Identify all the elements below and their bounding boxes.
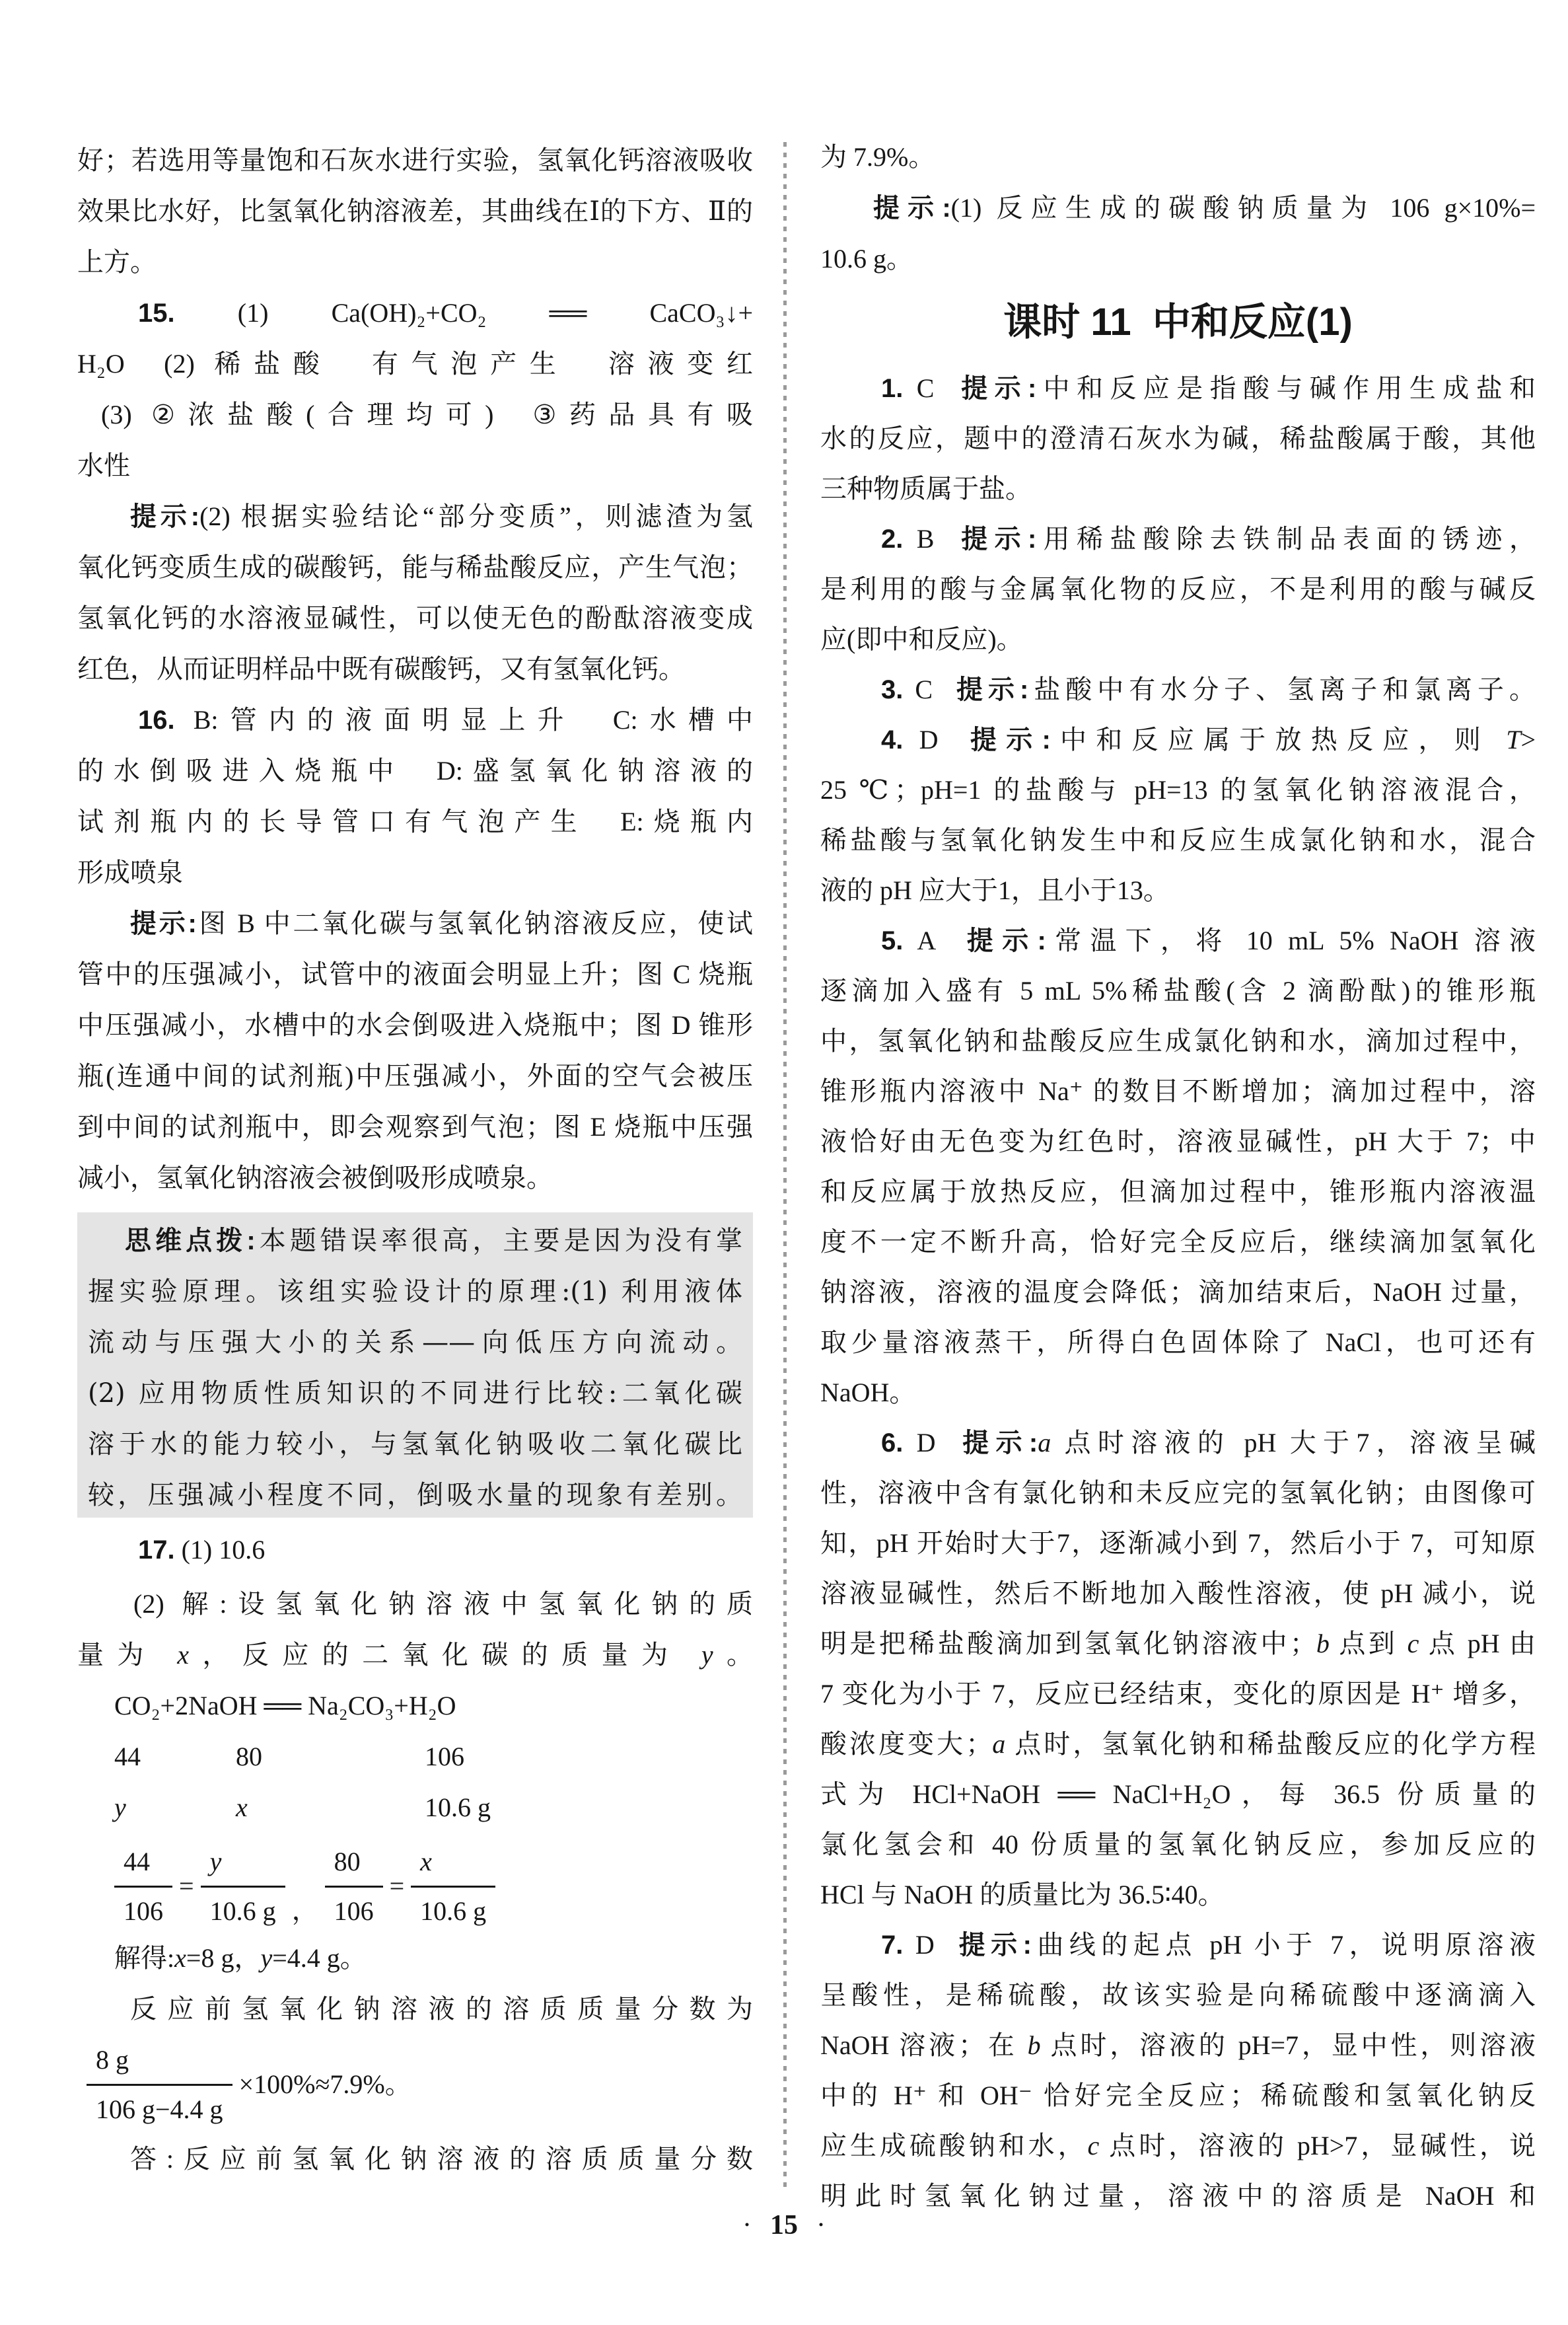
text-run: 钠溶液，溶液的温度会降低；滴加结束后，NaOH 过量，	[820, 1277, 1536, 1307]
text-run: (1) 反应生成的碳酸钠质量为 106 g×10%=	[951, 193, 1536, 223]
text-line: 瓶(连通中间的试剂瓶)中压强减小，外面的空气会被压	[77, 1058, 753, 1095]
text-line: 逐滴加入盛有 5 mL 5%稀盐酸(含 2 滴酚酞)的锥形瓶	[820, 973, 1536, 1010]
text-line: 2. B 提示:用稀盐酸除去铁制品表面的锈迹，	[881, 521, 1536, 558]
text-run: 反应前氢氧化钠溶液的溶质质量分数为	[130, 1994, 753, 2024]
fraction: y10.6 g	[201, 1843, 285, 1930]
operator-text: =	[179, 1868, 194, 1905]
text-run: 点时，溶液的 pH=7，显中性，则溶液	[1041, 2030, 1536, 2060]
text-run: y	[260, 1943, 272, 1973]
highlight-line: 溶于水的能力较小，与氢氧化钠吸收二氧化碳比	[88, 1426, 742, 1463]
text-line: 解得:x=8 g，y=4.4 g。	[114, 1940, 753, 1977]
text-run: x	[236, 1789, 248, 1826]
text-line: 中压强减小，水槽中的水会倒吸进入烧瓶中；图 D 锥形	[77, 1007, 753, 1044]
text-line: 度不一定不断升高，恰好完全反应后，继续滴加氢氧化	[820, 1224, 1536, 1261]
text-run: 点 pH 由	[1419, 1629, 1536, 1658]
text-line: 氢氧化钙的水溶液显碱性，可以使无色的酚酞溶液变成	[77, 600, 753, 637]
text-run: 明是把稀盐酸滴加到氢氧化钠溶液中；	[820, 1629, 1316, 1658]
text-run: 应生成硫酸钠和水，	[820, 2131, 1088, 2160]
text-run: 锥形瓶内溶液中 Na⁺ 的数目不断增加；滴加过程中，溶	[820, 1076, 1536, 1106]
text-line: 7 变化为小于 7，反应已经结束，变化的原因是 H⁺ 增多，	[820, 1676, 1536, 1713]
text-line: 管中的压强减小，试管中的液面会明显上升；图 C 烧瓶	[77, 956, 753, 993]
text-line: 16. B:管内的液面明显上升 C:水槽中	[138, 702, 753, 739]
text-line: 为 7.9%。	[820, 139, 1536, 176]
text-line: 17. (1) 10.6	[138, 1532, 753, 1568]
text-run: 好；若选用等量饱和石灰水进行实验，氢氧化钙溶液吸收	[77, 145, 753, 175]
highlight-line: (2) 应用物质性质知识的不同进行比较:二氧化碳	[88, 1375, 742, 1412]
text-line: 取少量溶液蒸干，所得白色固体除了 NaCl，也可还有	[820, 1324, 1536, 1361]
text-run: 。	[713, 1640, 753, 1670]
text-run: 提示:	[130, 502, 199, 531]
text-run: 课时 11 中和反应(1)	[1003, 301, 1353, 344]
text-line: 的水倒吸进入烧瓶中 D:盛氢氧化钠溶液的	[77, 753, 753, 790]
operator-text: ×100%≈7.9%。	[239, 2066, 411, 2103]
text-run: B	[903, 524, 961, 554]
text-line: 稀盐酸与氢氧化钠发生中和反应生成氯化钠和水，混合	[820, 822, 1536, 859]
text-run: 解得:	[114, 1943, 174, 1973]
text-line: 明是把稀盐酸滴加到氢氧化钠溶液中；b 点到 c 点 pH 由	[820, 1625, 1536, 1662]
fraction-numerator: x	[411, 1843, 495, 1888]
section-heading: 课时 11 中和反应(1)	[820, 297, 1536, 349]
text-run: (2) 解:设氢氧化钠溶液中氢氧化钠的质	[133, 1589, 753, 1619]
text-run: 三种物质属于盐。	[820, 474, 1032, 503]
text-line: HCl 与 NaOH 的质量比为 36.5∶40。	[820, 1876, 1536, 1913]
equation-line: 15. (1) Ca(OH)₂+CO₂ ══ CaCO₃↓+	[138, 295, 753, 332]
text-run: 提示:	[970, 725, 1051, 755]
fraction: 80106	[325, 1843, 383, 1930]
text-line: 中的 H⁺ 和 OH⁻ 恰好完全反应；稀硫酸和氢氧化钠反	[820, 2077, 1536, 2114]
text-run: 用稀盐酸除去铁制品表面的锈迹，	[1036, 524, 1536, 554]
fraction-numerator: y	[201, 1843, 285, 1888]
text-line: 知，pH 开始时大于7，逐渐减小到 7，然后小于 7，可知原	[820, 1525, 1536, 1562]
workbook-answer-page: 好；若选用等量饱和石灰水进行实验，氢氧化钙溶液吸收效果比水好，比氢氧化钠溶液差，…	[0, 0, 1568, 2325]
text-run: (2) 应用物质性质知识的不同进行比较:二氧化碳	[88, 1378, 742, 1409]
text-run: 点到	[1330, 1629, 1408, 1658]
text-run: 中和反应是指酸与碱作用生成盐和	[1036, 373, 1536, 403]
text-line: 答:反应前氢氧化钠溶液的溶质质量分数	[130, 2141, 753, 2178]
text-line: (2) 解:设氢氧化钠溶液中氢氧化钠的质	[133, 1586, 753, 1623]
text-run: 本题错误率很高，主要是因为没有掌	[256, 1226, 742, 1256]
text-line: 呈酸性，是稀硫酸，故该实验是向稀硫酸中逐滴滴入	[820, 1977, 1536, 2014]
work-columns-line: 4480106	[77, 1738, 753, 1775]
fraction-numerator: 44	[114, 1843, 172, 1888]
text-run: NaOH。	[820, 1378, 915, 1407]
left-column: 好；若选用等量饱和石灰水进行实验，氢氧化钙溶液吸收效果比水好，比氢氧化钠溶液差，…	[77, 0, 753, 2325]
text-run: 提示:	[961, 374, 1036, 403]
text-run: 15.	[138, 299, 175, 328]
text-run: 瓶(连通中间的试剂瓶)中压强减小，外面的空气会被压	[77, 1061, 753, 1091]
text-run: 提示:	[961, 525, 1036, 554]
text-line: 5. A 提示:常温下，将 10 mL 5% NaOH 溶液	[881, 922, 1536, 959]
page-number-dot-right: ·	[816, 2210, 826, 2240]
text-run: 提示:	[962, 1428, 1038, 1458]
equation-line: CO₂+2NaOH ══ Na₂CO₃+H₂O	[114, 1687, 753, 1724]
fraction-numerator: 80	[325, 1843, 383, 1888]
text-line: 7. D 提示:曲线的起点 pH 小于 7，说明原溶液	[881, 1927, 1536, 1964]
text-run: 试剂瓶内的长导管口有气泡产生 E:烧瓶内	[77, 807, 753, 836]
text-run: 上方。	[77, 247, 157, 277]
text-run: a	[1038, 1428, 1051, 1458]
text-run: 形成喷泉	[77, 858, 183, 887]
text-run: 应(即中和反应)。	[820, 624, 1023, 654]
fraction: x10.6 g	[411, 1843, 495, 1930]
text-line: 量为 x，反应的二氧化碳的质量为 y。	[77, 1637, 753, 1674]
text-line: 锥形瓶内溶液中 Na⁺ 的数目不断增加；滴加过程中，溶	[820, 1073, 1536, 1110]
fraction: 44106	[114, 1843, 172, 1930]
text-run: 44	[114, 1738, 141, 1775]
text-run: 中和反应属于放热反应，则	[1051, 725, 1506, 755]
text-run: 较，压强减小程度不同，倒吸水量的现象有差别。	[88, 1480, 742, 1510]
fraction-denominator: 106 g−4.4 g	[87, 2086, 232, 2128]
text-run: 的水倒吸进入烧瓶中 D:盛氢氧化钠溶液的	[77, 756, 753, 786]
text-line: 和反应属于放热反应，但滴加过程中，锥形瓶内溶液温	[820, 1173, 1536, 1210]
text-run: HCl 与 NaOH 的质量比为 36.5∶40。	[820, 1880, 1225, 1909]
text-line: 减小，氢氧化钠溶液会被倒吸形成喷泉。	[77, 1160, 753, 1197]
text-line: 效果比水好，比氢氧化钠溶液差，其曲线在Ⅰ的下方、Ⅱ的	[77, 193, 753, 230]
text-run: =8 g，	[186, 1943, 261, 1973]
text-run: 4.	[881, 725, 903, 755]
fraction-line: 8 g106 g−4.4 g×100%≈7.9%。	[87, 2042, 753, 2127]
text-run: 溶于水的能力较小，与氢氧化钠吸收二氧化碳比	[88, 1429, 742, 1459]
text-line: 氧化钙变质生成的碳酸钙，能与稀盐酸反应，产生气泡；	[77, 549, 753, 586]
text-line: 钠溶液，溶液的温度会降低；滴加结束后，NaOH 过量，	[820, 1274, 1536, 1311]
text-run: C	[903, 675, 956, 704]
text-run: (2) 根据实验结论“部分变质”，则滤渣为氢	[199, 501, 753, 531]
text-line: 溶液显碱性，然后不断地加入酸性溶液，使 pH 减小，说	[820, 1575, 1536, 1612]
text-line: 试剂瓶内的长导管口有气泡产生 E:烧瓶内	[77, 803, 753, 840]
operator-text: =	[390, 1868, 405, 1905]
text-line: 三种物质属于盐。	[820, 470, 1536, 507]
text-run: =4.4 g。	[272, 1943, 367, 1973]
text-run: 16.	[138, 706, 175, 735]
operator-text: ，	[292, 1892, 318, 1929]
text-run: 中的 H⁺ 和 OH⁻ 恰好完全反应；稀硫酸和氢氧化钠反	[820, 2081, 1536, 2110]
work-columns-line: yx10.6 g	[77, 1789, 753, 1826]
text-run: x	[174, 1943, 186, 1973]
text-run: D	[903, 1428, 962, 1458]
text-line: 水性	[77, 447, 753, 484]
text-run: (1) Ca(OH)₂+CO₂ ══ CaCO₃↓+	[175, 298, 753, 328]
text-run: y	[114, 1789, 126, 1826]
text-line: 水的反应，题中的澄清石灰水为碱，稀盐酸属于酸，其他	[820, 420, 1536, 457]
text-run: 提示:	[959, 1931, 1032, 1960]
text-run: b	[1316, 1629, 1330, 1658]
text-line: 性，溶液中含有氯化钠和未反应完的氢氧化钠；由图像可	[820, 1475, 1536, 1512]
text-line: NaOH 溶液；在 b 点时，溶液的 pH=7，显中性，则溶液	[820, 2027, 1536, 2064]
text-run: 呈酸性，是稀硫酸，故该实验是向稀硫酸中逐滴滴入	[820, 1980, 1536, 2010]
text-line: 10.6 g。	[820, 240, 1536, 277]
text-line: 上方。	[77, 244, 753, 281]
text-run: 流动与压强大小的关系——向低压方向流动。	[88, 1327, 742, 1358]
text-run: 答:反应前氢氧化钠溶液的溶质质量分数	[130, 2144, 753, 2174]
text-run: 10.6 g	[425, 1789, 491, 1826]
text-run: (3) ②浓盐酸(合理均可) ③药品具有吸	[101, 400, 753, 429]
text-line: 反应前氢氧化钠溶液的溶质质量分数为	[130, 1991, 753, 2028]
text-run: y	[701, 1640, 713, 1670]
equation-line: 式为 HCl+NaOH ══ NaCl+H₂O，每 36.5 份质量的	[820, 1776, 1536, 1813]
text-line: 25 ℃；pH=1 的盐酸与 pH=13 的氢氧化钠溶液混合，	[820, 772, 1536, 809]
text-run: 为 7.9%。	[820, 142, 935, 172]
text-run: c	[1088, 2131, 1100, 2160]
text-run: H₂O (2) 稀盐酸 有气泡产生 溶液变红	[77, 349, 753, 379]
text-run: 性，溶液中含有氯化钠和未反应完的氢氧化钠；由图像可	[820, 1478, 1536, 1508]
text-run: 取少量溶液蒸干，所得白色固体除了 NaCl，也可还有	[820, 1327, 1536, 1357]
text-run: 提示:	[130, 909, 197, 938]
text-run: 度不一定不断升高，恰好完全反应后，继续滴加氢氧化	[820, 1227, 1536, 1257]
text-line: 是利用的酸与金属氧化物的反应，不是利用的酸与碱反	[820, 571, 1536, 608]
text-run: 提示:	[956, 675, 1028, 704]
text-run: 1.	[881, 374, 903, 403]
text-run: 106	[425, 1738, 464, 1775]
text-line: 应(即中和反应)。	[820, 621, 1536, 658]
page-number: ·15·	[0, 2207, 1568, 2244]
fraction-line: 44106=y10.6 g，80106=x10.6 g	[114, 1843, 753, 1929]
text-run: 点时，溶液的 pH>7，显碱性，说	[1099, 2131, 1536, 2160]
text-run: 5.	[881, 926, 903, 955]
highlight-line: 思维点拨:本题错误率很高，主要是因为没有掌	[125, 1222, 742, 1259]
text-run: 氢氧化钙的水溶液显碱性，可以使无色的酚酞溶液变成	[77, 603, 753, 633]
text-line: 液恰好由无色变为红色时，溶液显碱性，pH 大于 7；中	[820, 1123, 1536, 1160]
text-run: 减小，氢氧化钠溶液会被倒吸形成喷泉。	[77, 1163, 553, 1193]
fraction-denominator: 106	[325, 1888, 383, 1930]
text-line: 氯化氢会和 40 份质量的氢氧化钠反应，参加反应的	[820, 1826, 1536, 1863]
text-run: x	[177, 1640, 189, 1670]
text-run: 逐滴加入盛有 5 mL 5%稀盐酸(含 2 滴酚酞)的锥形瓶	[820, 976, 1536, 1006]
text-run: D	[903, 1930, 958, 1960]
fraction: 8 g106 g−4.4 g	[87, 2042, 232, 2128]
text-run: 效果比水好，比氢氧化钠溶液差，其曲线在Ⅰ的下方、Ⅱ的	[77, 196, 753, 226]
text-run: b	[1028, 2030, 1041, 2060]
highlight-line: 握实验原理。该组实验设计的原理:(1) 利用液体	[88, 1273, 742, 1310]
text-run: 水性	[77, 451, 130, 480]
text-run: 6.	[881, 1428, 903, 1458]
column-divider	[783, 142, 787, 2187]
text-line: 中，氢氧化钠和盐酸反应生成氯化钠和水，滴加过程中，	[820, 1023, 1536, 1060]
text-line: 红色，从而证明样品中既有碳酸钙，又有氢氧化钙。	[77, 651, 753, 688]
fraction-denominator: 106	[114, 1888, 172, 1930]
text-run: 到中间的试剂瓶中，即会观察到气泡；图 E 烧瓶中压强	[77, 1112, 753, 1142]
text-line: 到中间的试剂瓶中，即会观察到气泡；图 E 烧瓶中压强	[77, 1109, 753, 1146]
text-line: 应生成硫酸钠和水，c 点时，溶液的 pH>7，显碱性，说	[820, 2127, 1536, 2164]
text-line: 好；若选用等量饱和石灰水进行实验，氢氧化钙溶液吸收	[77, 142, 753, 179]
text-run: 握实验原理。该组实验设计的原理:(1) 利用液体	[88, 1276, 742, 1307]
text-run: 10.6 g。	[820, 244, 913, 274]
text-run: 25 ℃；pH=1 的盐酸与 pH=13 的氢氧化钠溶液混合，	[820, 775, 1536, 805]
text-run: 点时溶液的 pH 大于7，溶液呈碱	[1051, 1428, 1536, 1458]
text-run: CO₂+2NaOH ══ Na₂CO₃+H₂O	[114, 1691, 456, 1720]
text-line: 酸浓度变大；a 点时，氢氧化钠和稀盐酸反应的化学方程	[820, 1726, 1536, 1763]
text-run: 思维点拨:	[125, 1226, 256, 1255]
text-run: 知，pH 开始时大于7，逐渐减小到 7，然后小于 7，可知原	[820, 1528, 1536, 1558]
text-run: 是利用的酸与金属氧化物的反应，不是利用的酸与碱反	[820, 574, 1536, 604]
text-run: 氧化钙变质生成的碳酸钙，能与稀盐酸反应，产生气泡；	[77, 552, 753, 582]
text-line: 1. C 提示:中和反应是指酸与碱作用生成盐和	[881, 370, 1536, 407]
text-run: 和反应属于放热反应，但滴加过程中，锥形瓶内溶液温	[820, 1177, 1536, 1206]
right-column: 为 7.9%。提示:(1) 反应生成的碳酸钠质量为 106 g×10%=10.6…	[820, 0, 1536, 2325]
text-line: 形成喷泉	[77, 854, 753, 891]
text-run: 酸浓度变大；	[820, 1729, 992, 1759]
text-run: 量为	[77, 1640, 177, 1670]
text-run: 氯化氢会和 40 份质量的氢氧化钠反应，参加反应的	[820, 1829, 1536, 1859]
text-line: 提示:(1) 反应生成的碳酸钠质量为 106 g×10%=	[873, 190, 1536, 227]
text-run: 中压强减小，水槽中的水会倒吸进入烧瓶中；图 D 锥形	[77, 1010, 753, 1040]
text-line: NaOH。	[820, 1374, 1536, 1411]
page-number-dot-left: ·	[742, 2210, 752, 2240]
text-run: 盐酸中有水分子、氢离子和氯离子。	[1028, 675, 1536, 704]
text-run: 80	[236, 1738, 262, 1775]
text-run: 提示:	[873, 194, 951, 223]
text-run: 点时，氢氧化钠和稀盐酸反应的化学方程	[1005, 1729, 1536, 1759]
text-run: 液的 pH 应大于1，且小于13。	[820, 875, 1170, 905]
text-run: 溶液显碱性，然后不断地加入酸性溶液，使 pH 减小，说	[820, 1578, 1536, 1608]
text-run: 水的反应，题中的澄清石灰水为碱，稀盐酸属于酸，其他	[820, 424, 1536, 453]
text-run: B:管内的液面明显上升 C:水槽中	[175, 705, 753, 735]
text-run: NaOH 溶液；在	[820, 2030, 1028, 2060]
text-run: 17.	[138, 1535, 175, 1565]
text-line: 提示:(2) 根据实验结论“部分变质”，则滤渣为氢	[130, 498, 753, 535]
highlight-line: 流动与压强大小的关系——向低压方向流动。	[88, 1324, 742, 1361]
text-run: >	[1520, 725, 1536, 755]
text-run: 管中的压强减小，试管中的液面会明显上升；图 C 烧瓶	[77, 959, 753, 989]
text-run: 红色，从而证明样品中既有碳酸钙，又有氢氧化钙。	[77, 654, 685, 684]
text-line: 液的 pH 应大于1，且小于13。	[820, 872, 1536, 909]
text-run: 7.	[881, 1931, 903, 1960]
text-run: C	[903, 373, 961, 403]
page-number-value: 15	[770, 2210, 798, 2240]
text-line: 3. C 提示:盐酸中有水分子、氢离子和氯离子。	[881, 671, 1536, 708]
text-run: ，反应的二氧化碳的质量为	[189, 1640, 701, 1670]
text-run: 图 B 中二氧化碳与氢氧化钠溶液反应，使试	[197, 908, 753, 938]
text-line: (3) ②浓盐酸(合理均可) ③药品具有吸	[101, 396, 753, 433]
text-run: D	[903, 725, 970, 755]
text-run: T	[1506, 725, 1520, 755]
highlight-line: 较，压强减小程度不同，倒吸水量的现象有差别。	[88, 1477, 742, 1514]
text-run: a	[992, 1729, 1005, 1759]
text-line: 4. D 提示:中和反应属于放热反应，则 T>	[881, 721, 1536, 758]
text-run: 曲线的起点 pH 小于 7，说明原溶液	[1032, 1930, 1536, 1960]
text-run: A	[903, 926, 967, 955]
text-line: 6. D 提示:a 点时溶液的 pH 大于7，溶液呈碱	[881, 1424, 1536, 1461]
text-run: (1) 10.6	[175, 1535, 266, 1565]
text-line: H₂O (2) 稀盐酸 有气泡产生 溶液变红	[77, 346, 753, 383]
text-run: 2.	[881, 525, 903, 554]
text-run: 7 变化为小于 7，反应已经结束，变化的原因是 H⁺ 增多，	[820, 1679, 1536, 1709]
text-run: 稀盐酸与氢氧化钠发生中和反应生成氯化钠和水，混合	[820, 825, 1536, 855]
text-run: 式为 HCl+NaOH ══ NaCl+H₂O，每 36.5 份质量的	[820, 1779, 1536, 1809]
text-run: c	[1408, 1629, 1419, 1658]
text-run: 常温下，将 10 mL 5% NaOH 溶液	[1046, 926, 1536, 955]
text-run: 液恰好由无色变为红色时，溶液显碱性，pH 大于 7；中	[820, 1126, 1536, 1156]
fraction-denominator: 10.6 g	[411, 1888, 495, 1930]
fraction-numerator: 8 g	[87, 2042, 232, 2086]
text-run: 提示:	[967, 926, 1046, 955]
text-line: 提示:图 B 中二氧化碳与氢氧化钠溶液反应，使试	[130, 905, 753, 942]
text-run: 中，氢氧化钠和盐酸反应生成氯化钠和水，滴加过程中，	[820, 1026, 1536, 1056]
text-run: 3.	[881, 675, 903, 704]
fraction-denominator: 10.6 g	[201, 1888, 285, 1930]
